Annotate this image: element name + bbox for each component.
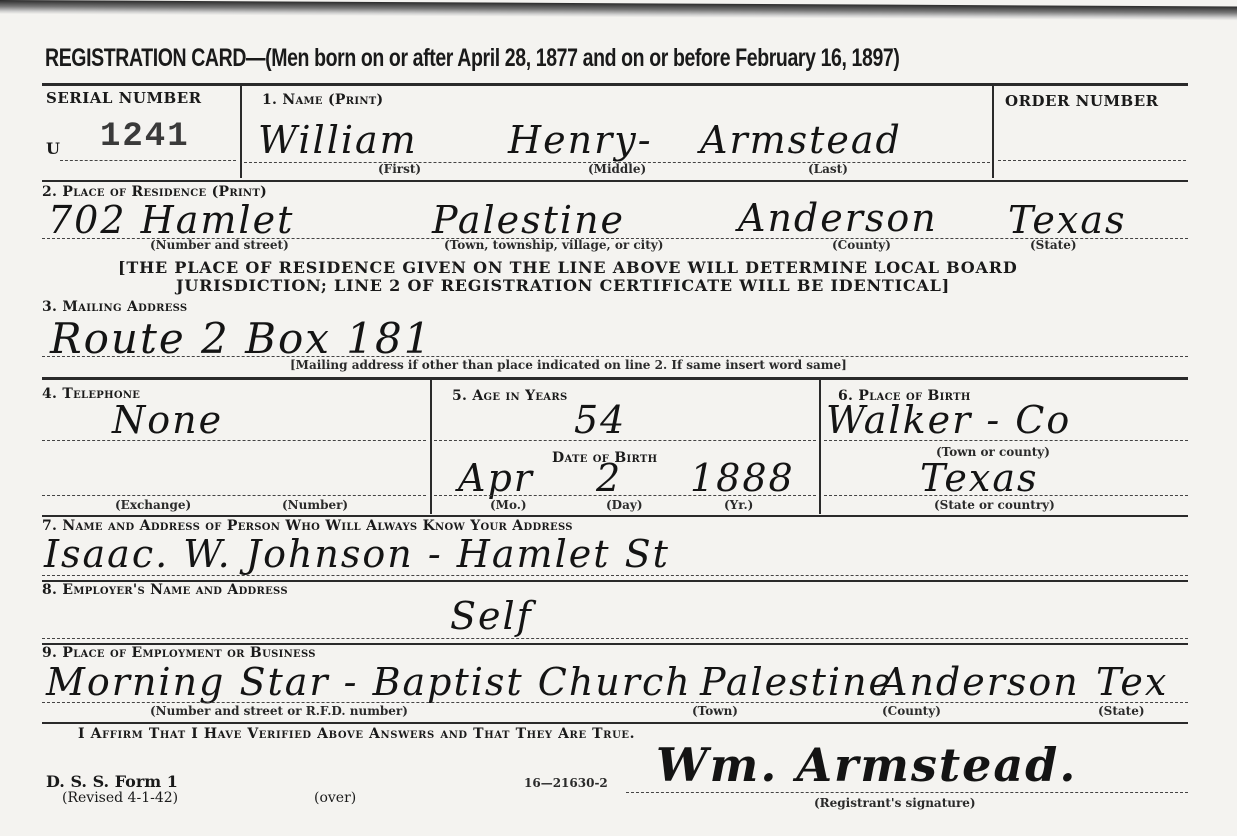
name-label: 1. Name (Print): [262, 92, 383, 108]
employment-label: 9. Place of Employment or Business: [42, 645, 316, 661]
residence-notice-line1: [THE PLACE OF RESIDENCE GIVEN ON THE LIN…: [118, 258, 1018, 277]
birthplace-town-line: [824, 440, 1188, 441]
contact-line: [42, 575, 1188, 576]
title-rule: [42, 83, 1188, 86]
employer-value: Self: [450, 594, 533, 638]
section-rule: [42, 722, 1188, 724]
telephone-line-1: [42, 440, 426, 441]
employer-line: [42, 638, 1188, 639]
over-note: (over): [314, 790, 356, 806]
form-revised: (Revised 4-1-42): [62, 790, 178, 806]
scan-edge-shadow: [0, 0, 1237, 20]
section-rule: [42, 180, 1188, 182]
residence-street-value: 702 Hamlet: [48, 198, 294, 242]
number-caption: (Number): [282, 498, 348, 512]
signature-line: [626, 792, 1188, 793]
serial-line: [60, 160, 236, 161]
residence-town-value: Palestine: [432, 198, 625, 242]
county-caption: (County): [832, 238, 891, 252]
card-title: REGISTRATION CARD—(Men born on or after …: [45, 44, 899, 73]
telephone-value: None: [112, 398, 223, 442]
age-value: 54: [574, 398, 626, 442]
telephone-line-2: [42, 495, 426, 496]
birthplace-town-value: Walker - Co: [826, 398, 1071, 442]
employment-street-value: Morning Star - Baptist Church: [46, 660, 692, 704]
name-first-value: William: [258, 118, 418, 162]
divider: [992, 86, 994, 178]
employment-state-value: Tex: [1096, 660, 1168, 704]
dob-day-value: 2: [596, 456, 622, 500]
divider: [240, 86, 242, 178]
middle-caption: (Middle): [588, 162, 646, 176]
serial-prefix: U: [46, 139, 60, 158]
first-caption: (First): [378, 162, 421, 176]
birthplace-state-caption: (State or country): [934, 498, 1055, 512]
contact-value: Isaac. W. Johnson - Hamlet St: [44, 532, 670, 576]
dob-month-value: Apr: [458, 456, 534, 500]
state-caption: (State): [1030, 238, 1077, 252]
month-caption: (Mo.): [490, 498, 527, 512]
mailing-label: 3. Mailing Address: [42, 299, 187, 315]
birthplace-state-value: Texas: [920, 456, 1038, 500]
birthplace-state-line: [824, 495, 1188, 496]
residence-county-value: Anderson: [738, 196, 938, 240]
town-caption: (Town, township, village, or city): [444, 238, 663, 252]
employment-street-caption: (Number and street or R.F.D. number): [150, 704, 408, 718]
employment-county-value: Anderson: [880, 660, 1080, 704]
employment-line: [42, 702, 1188, 703]
divider: [430, 380, 432, 514]
print-code: 16—21630-2: [524, 776, 608, 790]
employment-town-caption: (Town): [692, 704, 738, 718]
registrant-signature: Wm. Armstead.: [656, 738, 1077, 792]
exchange-caption: (Exchange): [115, 498, 191, 512]
mailing-line: [42, 356, 1188, 357]
dob-line: [434, 495, 816, 496]
name-last-value: Armstead: [700, 118, 902, 162]
section-rule: [42, 515, 1188, 517]
order-number-label: ORDER NUMBER: [1005, 92, 1159, 110]
form-number: D. S. S. Form 1: [46, 772, 178, 791]
mailing-caption: [Mailing address if other than place ind…: [290, 358, 847, 372]
order-number-line[interactable]: [998, 160, 1186, 161]
employment-state-caption: (State): [1098, 704, 1145, 718]
name-middle-value: Henry-: [508, 118, 653, 162]
age-label: 5. Age in Years: [452, 388, 568, 404]
employment-town-value: Palestine: [700, 660, 893, 704]
age-line: [434, 440, 816, 441]
affirmation-text: I Affirm That I Have Verified Above Answ…: [78, 726, 635, 742]
last-caption: (Last): [808, 162, 848, 176]
serial-number-value: 1241: [100, 118, 190, 156]
residence-notice-line2: JURISDICTION; LINE 2 OF REGISTRATION CER…: [176, 276, 950, 295]
employment-county-caption: (County): [882, 704, 941, 718]
street-caption: (Number and street): [150, 238, 289, 252]
residence-state-value: Texas: [1008, 198, 1126, 242]
divider: [819, 380, 821, 514]
year-caption: (Yr.): [724, 498, 753, 512]
employer-label: 8. Employer's Name and Address: [42, 582, 288, 598]
section-rule: [42, 377, 1188, 380]
dob-year-value: 1888: [690, 456, 795, 500]
serial-number-label: SERIAL NUMBER: [46, 89, 202, 107]
signature-caption: (Registrant's signature): [814, 796, 976, 810]
day-caption: (Day): [606, 498, 643, 512]
